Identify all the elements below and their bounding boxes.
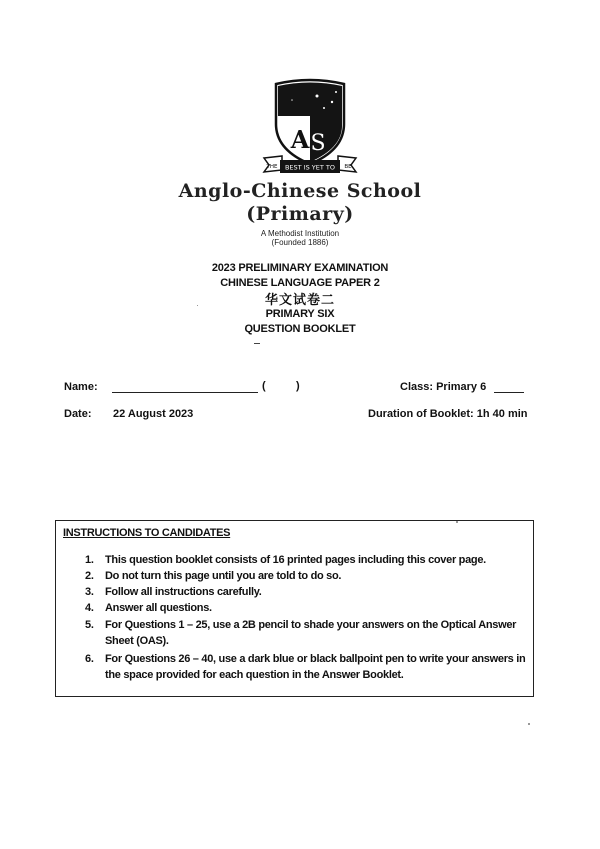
duration: Duration of Booklet: 1h 40 min <box>368 408 528 420</box>
scan-artifact <box>528 723 530 725</box>
svg-text:BE: BE <box>344 164 352 170</box>
booklet-type: QUESTION BOOKLET <box>150 323 450 335</box>
school-name: Anglo-Chinese School <box>150 180 450 202</box>
founded-year: (Founded 1886) <box>200 238 400 247</box>
exam-level: PRIMARY SIX <box>150 308 450 320</box>
school-crest-icon: A S BEST IS YET TO THE BE <box>262 78 358 178</box>
scan-artifact <box>197 305 198 306</box>
instruction-number: 5. <box>85 617 101 633</box>
svg-text:THE: THE <box>266 164 278 170</box>
name-label: Name: <box>64 381 98 393</box>
svg-text:BEST IS YET TO: BEST IS YET TO <box>285 164 335 172</box>
instruction-number: 6. <box>85 651 101 667</box>
instruction-text: Follow all instructions carefully. <box>105 584 530 600</box>
exam-title: 2023 PRELIMINARY EXAMINATION <box>150 262 450 274</box>
instruction-text: For Questions 1 – 25, use a 2B pencil to… <box>105 617 530 649</box>
exam-subject-chinese: 华文试卷二 <box>150 289 450 308</box>
date-value: 22 August 2023 <box>113 408 193 420</box>
exam-subject: CHINESE LANGUAGE PAPER 2 <box>150 277 450 289</box>
name-field[interactable] <box>112 392 258 393</box>
svg-text:S: S <box>310 131 325 156</box>
school-division: (Primary) <box>150 203 450 225</box>
instruction-text: This question booklet consists of 16 pri… <box>105 552 530 568</box>
instructions-title: INSTRUCTIONS TO CANDIDATES <box>63 527 230 539</box>
divider <box>254 343 260 344</box>
instruction-number: 2. <box>85 568 101 584</box>
index-number-open: ( <box>262 380 266 392</box>
instruction-number: 3. <box>85 584 101 600</box>
instruction-number: 1. <box>85 552 101 568</box>
instruction-text: Do not turn this page until you are told… <box>105 568 530 584</box>
institution-info: A Methodist Institution (Founded 1886) <box>200 229 400 247</box>
svg-text:A: A <box>290 125 310 154</box>
instruction-text: For Questions 26 – 40, use a dark blue o… <box>105 651 530 683</box>
instruction-number: 4. <box>85 600 101 616</box>
scan-artifact <box>456 521 458 523</box>
index-number-close: ) <box>296 380 300 392</box>
date-label: Date: <box>64 408 92 420</box>
class-label: Class: Primary 6 <box>400 381 486 393</box>
instruction-text: Answer all questions. <box>105 600 530 616</box>
institution-type: A Methodist Institution <box>200 229 400 238</box>
class-field[interactable] <box>494 392 524 393</box>
